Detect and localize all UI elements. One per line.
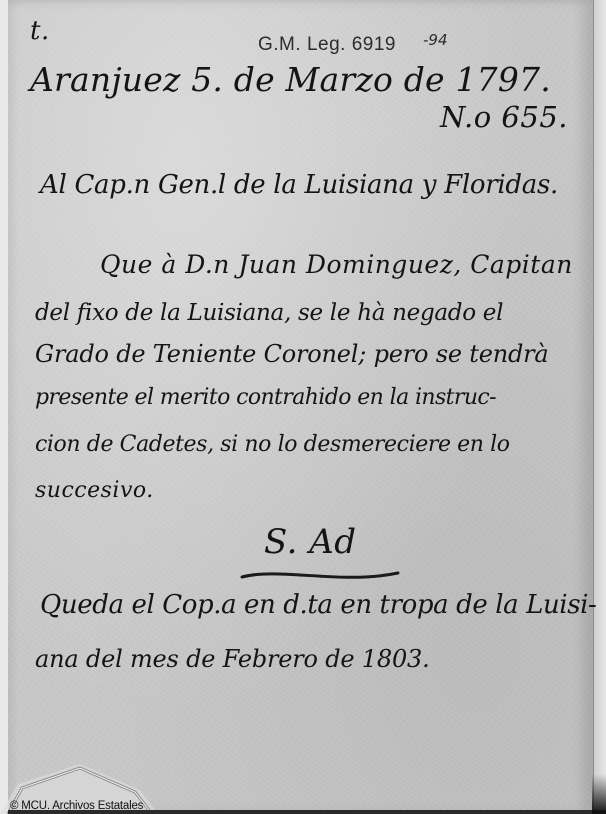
body-line-4: presente el merito contrahido en la inst… <box>35 385 496 410</box>
initials: S. Ad <box>264 522 357 562</box>
scan-background-strip <box>594 0 606 814</box>
archive-stamp-suffix: -94 <box>423 31 448 49</box>
body-line-5: cion de Cadetes, si no lo desmereciere e… <box>35 432 510 457</box>
document-number: N.o 655. <box>440 100 568 134</box>
body-line-2: del fixo de la Luisiana, se le hà negado… <box>35 300 503 326</box>
page-corner-shadow <box>592 774 606 814</box>
flourish-underline <box>240 569 400 583</box>
note-line-2: ana del mes de Febrero de 1803. <box>35 645 430 673</box>
body-line-6: succesivo. <box>35 478 154 503</box>
note-line-1: Queda el Cop.a en d.ta en tropa de la Lu… <box>40 590 596 620</box>
body-line-3: Grado de Teniente Coronel; pero se tendr… <box>35 340 549 368</box>
archive-stamp-reference: G.M. Leg. 6919 <box>258 34 396 56</box>
addressee-line: Al Cap.n Gen.l de la Luisiana y Floridas… <box>40 170 558 200</box>
body-line-1: Que à D.n Juan Dominguez, Capitan <box>100 250 573 279</box>
place-date: Aranjuez 5. de Marzo de 1797. <box>30 60 551 99</box>
margin-mark: t. <box>30 16 50 46</box>
page-bottom-edge <box>8 810 606 814</box>
